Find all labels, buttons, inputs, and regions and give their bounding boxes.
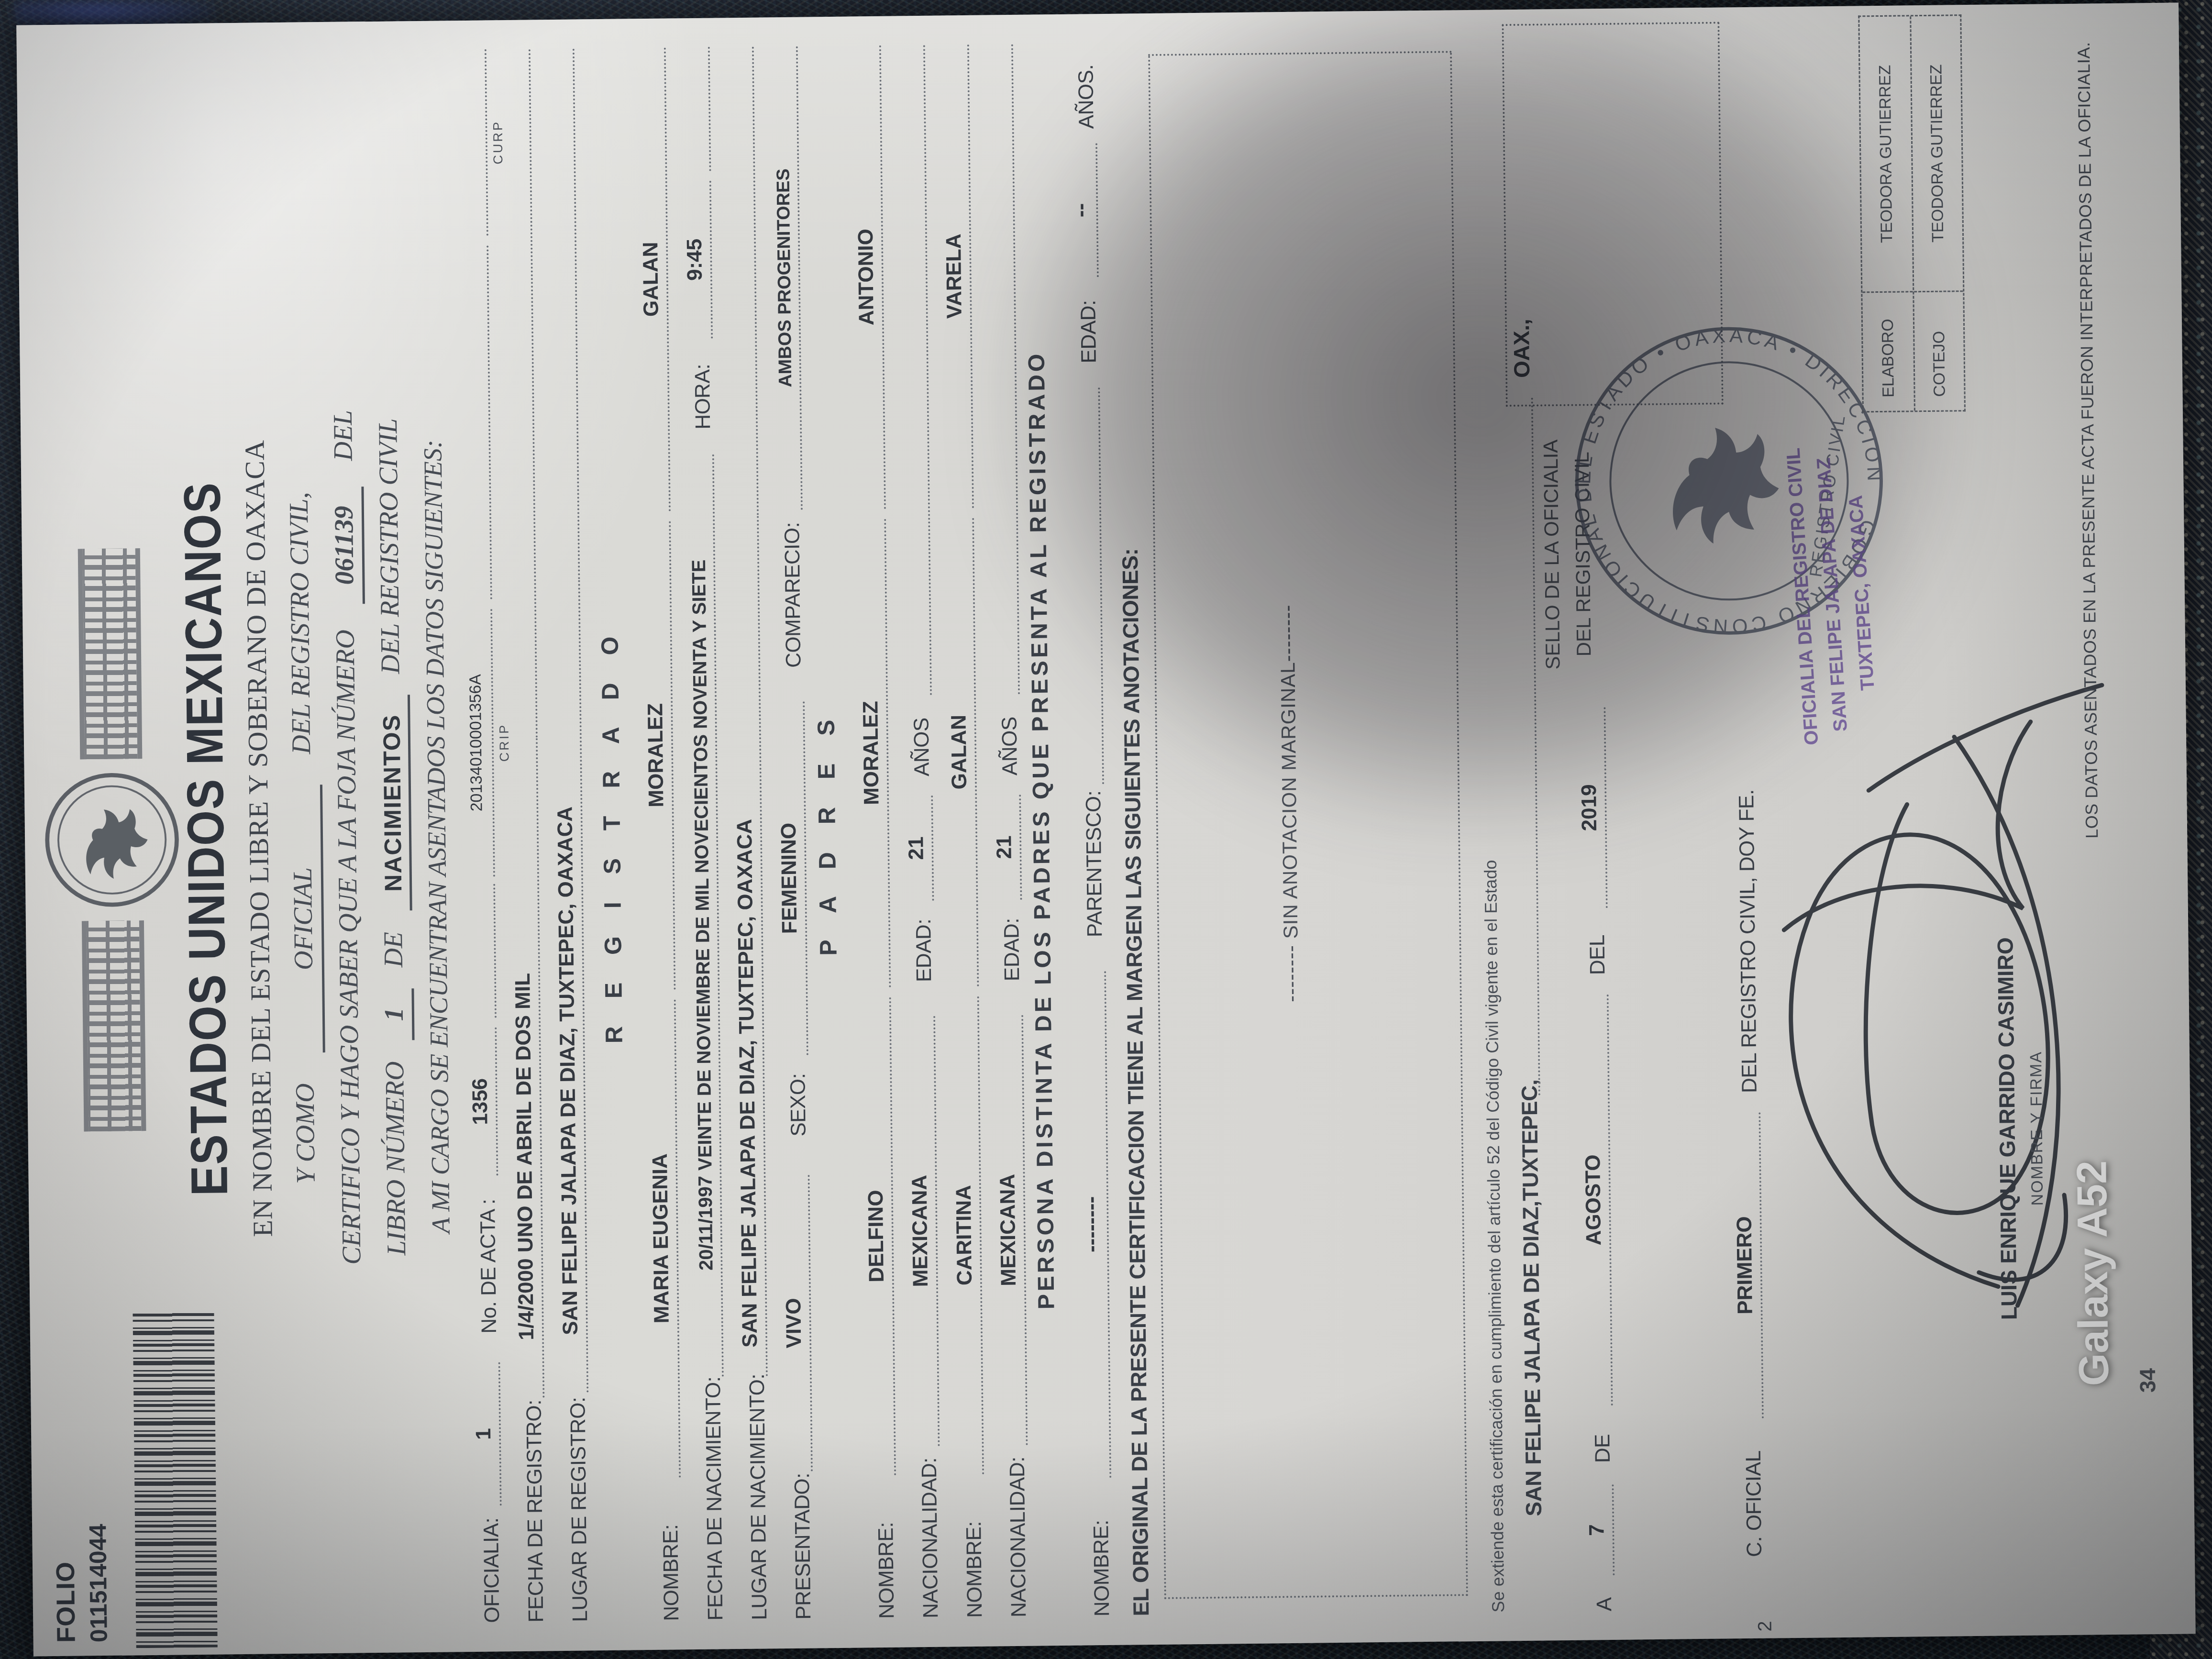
madre-nacionalidad-label: NACIONALIDAD: [1007, 1457, 1030, 1617]
photo-of-birth-certificate: FOLIO 011514044 ESTADOS UNIDOS MEXICANOS… [0, 0, 2212, 1659]
fecha-nacimiento-value: 20/11/1997 VEINTE DE NOVIEMBRE DE MIL NO… [688, 453, 724, 1377]
padre-nacionalidad-label: NACIONALIDAD: [919, 1458, 942, 1618]
pd-nombre-value: -------- [1078, 971, 1111, 1478]
watermark-prefix: 34 [2135, 1368, 2161, 1393]
curp-dotted-line [485, 49, 488, 235]
hora-label: HORA: [692, 364, 714, 430]
pd-parentesco-value [1093, 387, 1104, 784]
cotejo-row: COTEJO TEODORA GUTIERREZ [1910, 16, 1964, 410]
dia-value: 7 [1586, 1484, 1615, 1576]
madre-nombre-1: CARITINA [951, 996, 984, 1475]
anio-value: 2019 [1578, 707, 1607, 908]
acta-number: 1356 [469, 1027, 498, 1176]
dotted-leader [708, 47, 711, 171]
oficial-value: OFICIAL [287, 785, 325, 1053]
oficialia-value: 1 [473, 1362, 502, 1506]
comparecio-value: AMBOS PROGENITORES [773, 46, 803, 510]
padre-edad-value: 21 [905, 796, 934, 901]
nombre-value-3: GALAN [638, 47, 671, 512]
fecha-registro-value: 1/4/2000 UNO DE ABRIL DE DOS MIL [510, 737, 544, 1398]
del-registro-civil-label: DEL REGISTRO CIVIL, [284, 492, 317, 754]
a-mi-cargo-line: A MI CARGO SE ENCUENTRAN ASENTADOS LOS D… [418, 440, 455, 1234]
madre-edad-value: 21 [993, 795, 1022, 900]
pd-edad-label: EDAD: [1078, 300, 1099, 363]
c-oficial-label: C. OFICIAL [1743, 1450, 1765, 1557]
crip-value: 20134010001356A [466, 608, 495, 877]
cotejo-value: TEODORA GUTIERREZ [1926, 16, 1948, 291]
madre-anios-label: AÑOS [999, 717, 1021, 775]
lugar-registro-label: LUGAR DE REGISTRO: [567, 1397, 591, 1622]
anotaciones-header: EL ORIGINAL DE LA PRESENTE CERTIFICACION… [1119, 548, 1152, 1616]
pd-anios-label: AÑOS. [1075, 65, 1097, 129]
padre-nombre-label: NOMBRE: [875, 1522, 897, 1619]
fecha-registro-label: FECHA DE REGISTRO: [523, 1400, 547, 1623]
birth-certificate-document: FOLIO 011514044 ESTADOS UNIDOS MEXICANOS… [16, 2, 2195, 1656]
fecha-nacimiento-label: FECHA DE NACIMIENTO: [703, 1377, 726, 1621]
dotted-leader [487, 245, 492, 599]
en-nombre-line: EN NOMBRE DEL ESTADO LIBRE Y SOBERANO DE… [234, 22, 283, 1654]
dotted-leader [752, 46, 759, 515]
sexo-value: FEMENINO [777, 701, 808, 1056]
pd-edad-value: -- [1070, 143, 1099, 277]
nacimientos-value: NACIMIENTOS [378, 695, 412, 911]
dotted-leader [923, 44, 932, 695]
no-de-acta-label: No. DE ACTA : [477, 1199, 500, 1334]
folio-label: FOLIO [51, 1561, 81, 1643]
elaboro-label: ELABORO [1862, 291, 1914, 411]
dotted-leader [1011, 44, 1020, 694]
madre-nombre-2: GALAN [946, 518, 979, 987]
padre-edad-label: EDAD: [913, 919, 935, 982]
galaxy-watermark: Galaxy A52 [2067, 1161, 2118, 1386]
padre-nombre-1: DELFINO [863, 997, 896, 1476]
folio-number: 011514044 [84, 1524, 113, 1642]
padre-nacionalidad-value: MEXICANA [907, 1016, 940, 1447]
sexo-label: SEXO: [787, 1073, 809, 1137]
comparecio-label: COMPARECIO: [782, 522, 804, 668]
lugar-registro-value: SAN FELIPE JALAPA DE DIAZ, TUXTEPEC, OAX… [552, 579, 588, 1393]
a-label: A [1594, 1597, 1615, 1611]
lugar-nacimiento-value: SAN FELIPE JALAPA DE DIAZ, TUXTEPEC, OAX… [731, 515, 768, 1377]
del-label: DEL [328, 410, 358, 461]
de-label: DE [378, 932, 409, 968]
oficial-nombre-firma: LUIS ENRIQUE GARRIDO CASIMIRO [1991, 889, 2022, 1368]
dotted-leader [529, 49, 538, 738]
dotted-leader [493, 884, 497, 1018]
madre-nombre-label: NOMBRE: [963, 1521, 985, 1618]
nombre-value-1: MARIA EUGENIA [648, 999, 681, 1478]
lugar-expedicion: SAN FELIPE JALAPA DE DIAZ,TUXTEPEC, [1518, 1080, 1545, 1516]
nombre-label: NOMBRE: [660, 1525, 682, 1621]
y-como-label: Y COMO [290, 1083, 321, 1184]
national-emblem [41, 480, 183, 1199]
greca-pattern-icon [82, 920, 146, 1131]
madre-edad-label: EDAD: [1001, 918, 1023, 981]
madre-nacionalidad-value: MEXICANA [995, 1015, 1028, 1446]
libro-number: 1 [379, 988, 414, 1040]
greca-pattern-icon [78, 548, 143, 759]
mes-value: AGOSTO [1581, 994, 1613, 1406]
del-registro-civil-2: DEL REGISTRO CIVIL [373, 418, 406, 674]
fecha-expedicion-row: A 7 DE AGOSTO DEL 2019 [1568, 654, 1633, 1612]
nombre-value-2: MORALEZ [643, 520, 675, 990]
presentado-value: VIVO [782, 1175, 813, 1472]
elaboro-value: TEODORA GUTIERREZ [1875, 17, 1897, 291]
page-number: 2 [1754, 1621, 1776, 1632]
signature-scribble [1724, 654, 2128, 1342]
eagle-seal-icon [42, 770, 182, 910]
sin-anotacion-marginal: -------- SIN ANOTACION MARGINAL-------- [1276, 604, 1303, 1002]
lugar-nacimiento-label: LUGAR DE NACIMIENTO: [747, 1374, 770, 1620]
padre-nombre-2: MORALEZ [858, 519, 891, 988]
anotaciones-box [1148, 51, 1468, 1599]
oficialia-label: OFICIALIA: [481, 1517, 503, 1623]
dotted-leader [573, 48, 580, 579]
de-label: DE [1592, 1434, 1614, 1463]
revision-table: ELABORO TEODORA GUTIERREZ COTEJO TEODORA… [1858, 14, 1966, 412]
foja-number: 061139 [329, 487, 365, 604]
pd-nombre-label: NOMBRE: [1091, 1520, 1113, 1616]
certifico-line: CERTIFICO Y HAGO SABER QUE A LA FOJA NÚM… [331, 630, 367, 1265]
libro-numero-label: LIBRO NÚMERO [380, 1061, 411, 1256]
cotejo-label: COTEJO [1914, 290, 1964, 410]
padre-nombre-3: ANTONIO [853, 45, 886, 509]
pd-parentesco-label: PARENTESCO: [1083, 790, 1106, 937]
padre-anios-label: AÑOS [911, 718, 933, 776]
hora-value: 9:45 [684, 181, 713, 339]
presentado-label: PRESENTADO: [792, 1473, 814, 1620]
del-label: DEL [1587, 935, 1608, 975]
elaboro-row: ELABORO TEODORA GUTIERREZ [1859, 16, 1914, 411]
madre-nombre-3: VARELA [941, 44, 974, 509]
